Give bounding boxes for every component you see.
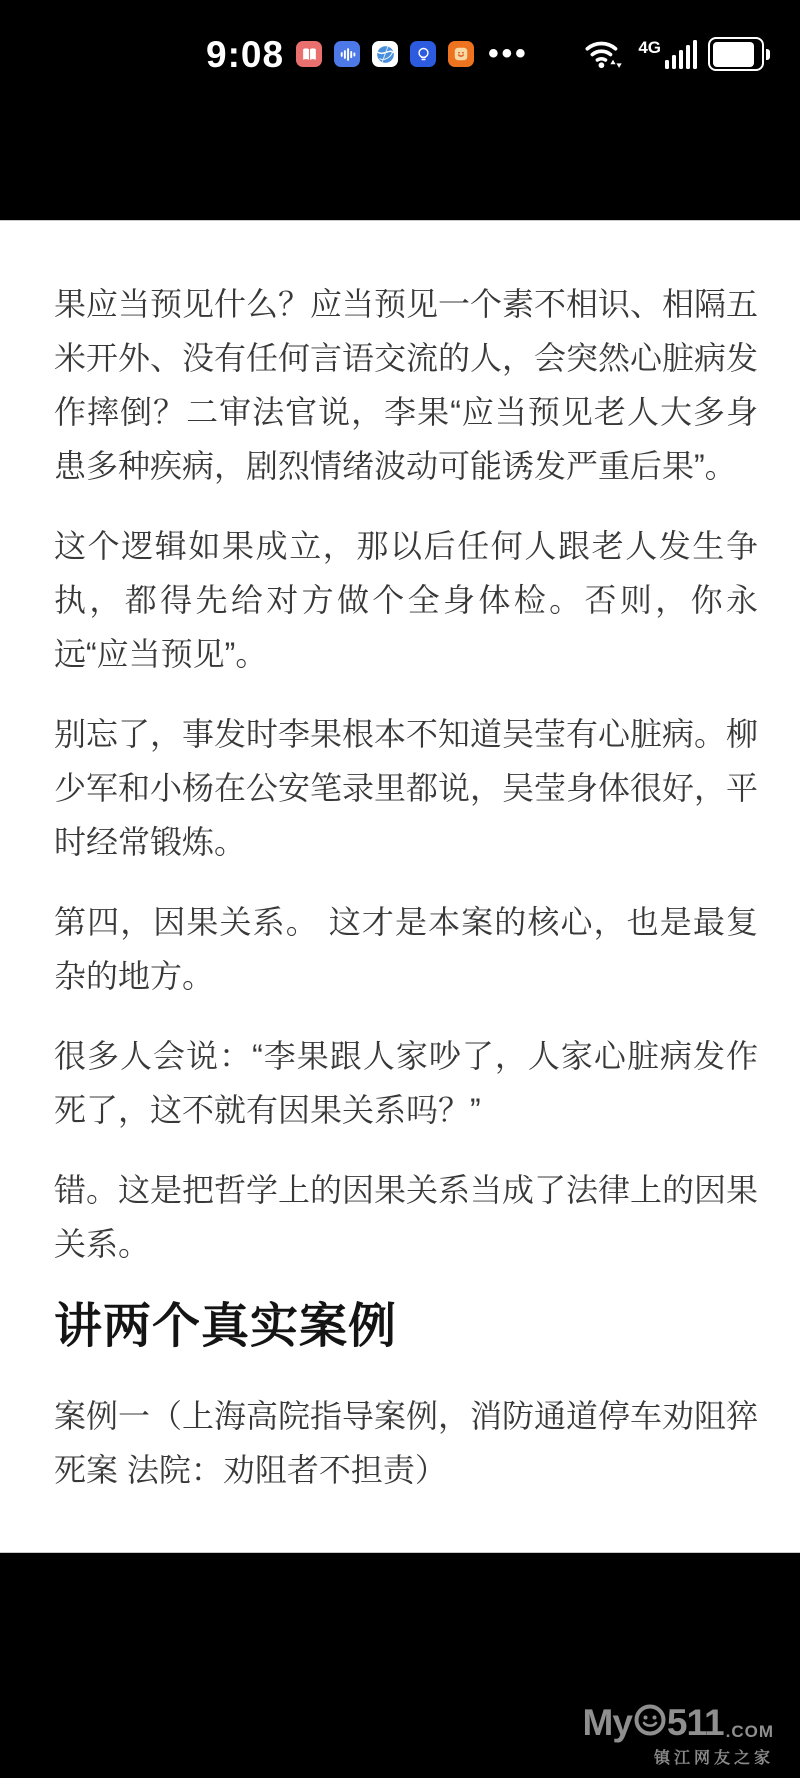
case-paragraph: 案例一（上海高院指导案例，消防通道停车劝阻猝死案 法院：劝阻者不担责） bbox=[54, 1389, 758, 1497]
article-paragraph: 这个逻辑如果成立，那以后任何人跟老人发生争执，都得先给对方做个全身体检。否则，你… bbox=[54, 519, 758, 681]
status-bar-right: 4G bbox=[583, 37, 770, 71]
section-heading: 讲两个真实案例 bbox=[54, 1297, 758, 1357]
watermark-logo-tld: .COM bbox=[726, 1723, 774, 1740]
status-bar[interactable]: 9:08 bbox=[0, 30, 800, 78]
lightbulb-app-icon bbox=[410, 41, 436, 67]
article-paragraph: 很多人会说：“李果跟人家吵了，人家心脏病发作死了，这不就有因果关系吗？” bbox=[54, 1029, 758, 1137]
watermark-logo-prefix: My bbox=[583, 1704, 632, 1741]
cellular-signal-icon: 4G bbox=[638, 39, 697, 69]
watermark-subtitle: 镇江网友之家 bbox=[583, 1745, 775, 1768]
voice-waveform-app-icon bbox=[334, 41, 360, 67]
article-paragraph: 第四，因果关系。 这才是本案的核心，也是最复杂的地方。 bbox=[54, 895, 758, 1003]
article-paragraph: 果应当预见什么？应当预见一个素不相识、相隔五米开外、没有任何言语交流的人，会突然… bbox=[54, 277, 758, 493]
bottom-letterbox: My 511 .COM 镇江网友之家 bbox=[0, 1553, 800, 1778]
orange-badge-app-icon bbox=[448, 41, 474, 67]
phone-screenshot: 9:08 bbox=[0, 0, 800, 1778]
wifi-icon bbox=[583, 39, 627, 70]
article-paragraph: 错。这是把哲学上的因果关系当成了法律上的因果关系。 bbox=[54, 1163, 758, 1271]
clock: 9:08 bbox=[206, 36, 284, 73]
watermark: My 511 .COM 镇江网友之家 bbox=[583, 1704, 775, 1768]
watermark-logo: My 511 .COM bbox=[583, 1704, 775, 1741]
smiley-face-icon bbox=[634, 1704, 666, 1740]
browser-globe-app-icon bbox=[372, 41, 398, 67]
watermark-logo-suffix: 511 bbox=[667, 1704, 724, 1741]
top-letterbox: 9:08 bbox=[0, 0, 800, 220]
network-type-label: 4G bbox=[638, 39, 661, 56]
book-app-icon bbox=[296, 41, 322, 67]
battery-icon bbox=[708, 37, 770, 71]
status-bar-left: 9:08 bbox=[206, 36, 529, 73]
article-paragraph: 别忘了，事发时李果根本不知道吴莹有心脏病。柳少军和小杨在公安笔录里都说，吴莹身体… bbox=[54, 707, 758, 869]
article-content[interactable]: 果应当预见什么？应当预见一个素不相识、相隔五米开外、没有任何言语交流的人，会突然… bbox=[0, 220, 800, 1553]
